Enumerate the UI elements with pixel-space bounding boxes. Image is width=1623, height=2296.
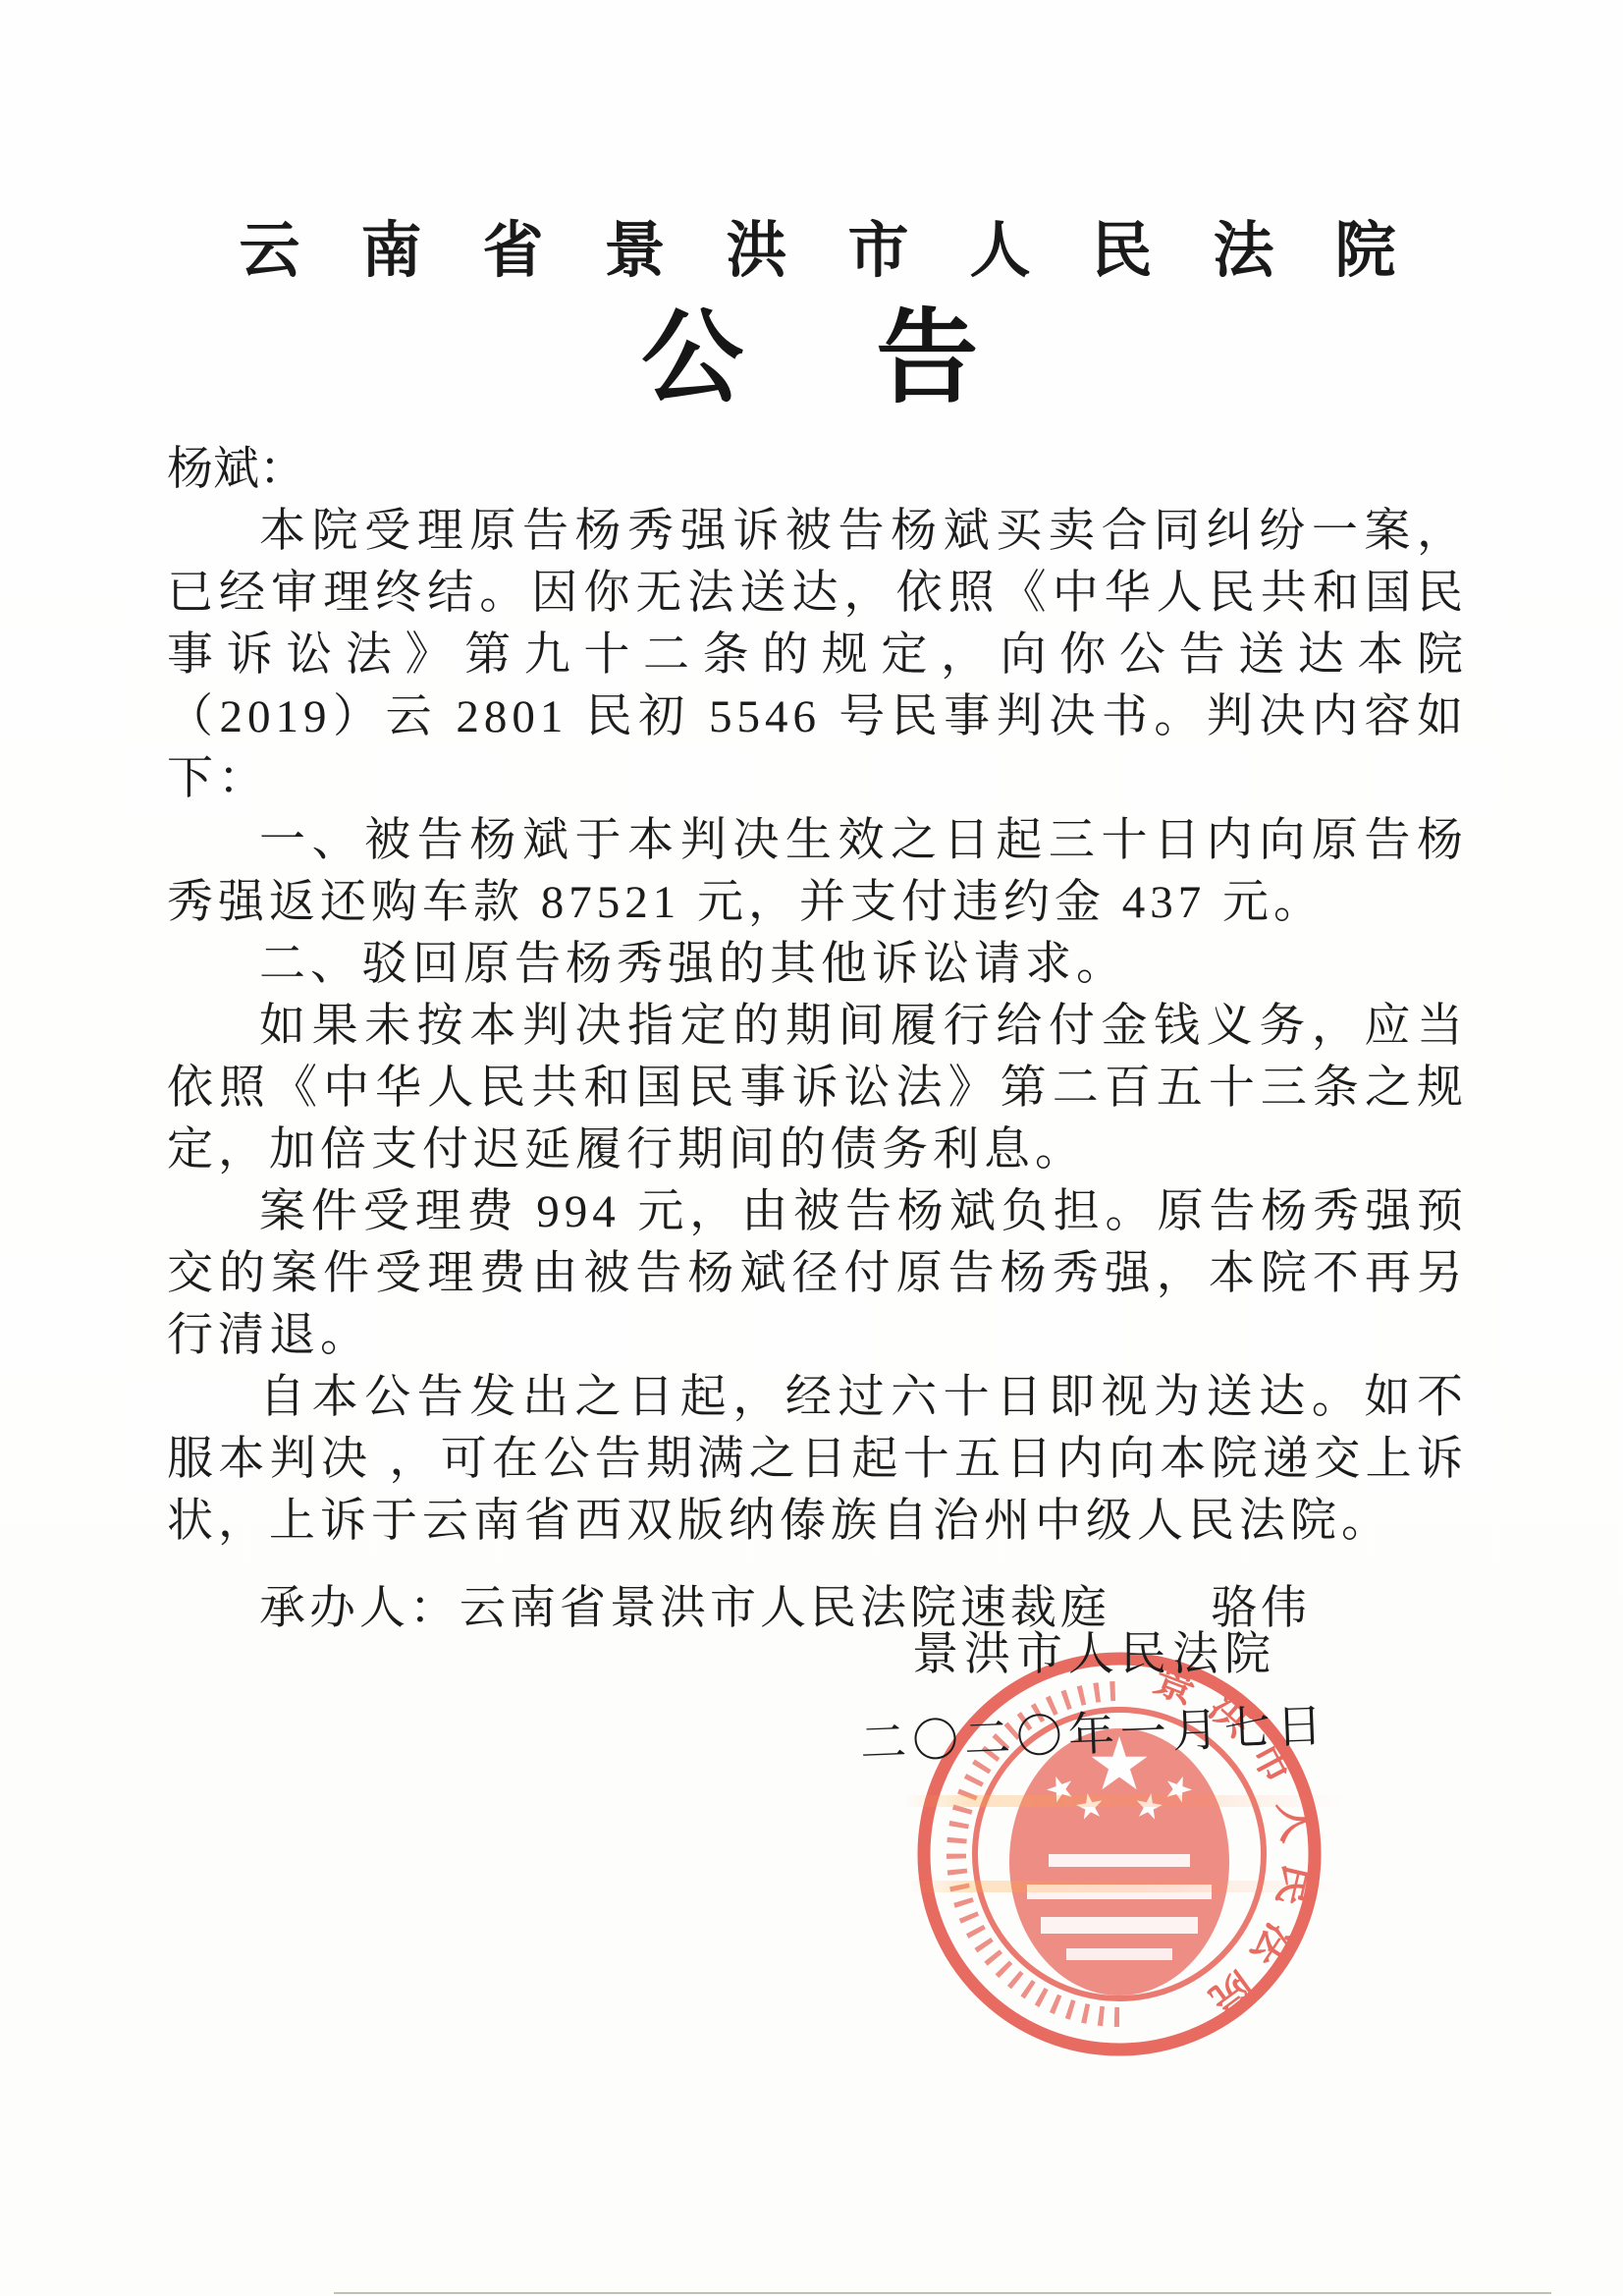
document-content: 云南省景洪市人民法院 公 告 杨斌： 本院受理原告杨秀强诉被告杨斌买卖合同纠纷一… (0, 0, 1623, 1640)
addressee-name: 杨斌： (167, 439, 1468, 501)
court-title: 云南省景洪市人民法院 (167, 201, 1468, 289)
signature-court-name: 景洪市人民法院 (860, 1625, 1328, 1684)
announcement-body: 本院受理原告杨秀强诉被告杨斌买卖合同纠纷一案，已经审理终结。因你无法送达，依照《… (167, 501, 1468, 1553)
paragraph-case-summary: 本院受理原告杨秀强诉被告杨斌买卖合同纠纷一案，已经审理终结。因你无法送达，依照《… (167, 501, 1468, 810)
announcement-title: 公 告 (167, 297, 1468, 421)
court-announcement-page: 云南省景洪市人民法院 公 告 杨斌： 本院受理原告杨秀强诉被告杨斌买卖合同纠纷一… (0, 0, 1623, 2296)
paragraph-judgment-item2: 二、驳回原告杨秀强的其他诉讼请求。 (167, 934, 1468, 996)
paragraph-court-fees: 案件受理费 994 元，由被告杨斌负担。原告杨秀强预交的案件受理费由被告杨斌径付… (167, 1181, 1468, 1367)
paragraph-judgment-item1: 一、被告杨斌于本判决生效之日起三十日内向原告杨秀强返还购车款 87521 元，并… (167, 810, 1468, 934)
national-emblem-icon (1009, 1728, 1229, 1995)
paragraph-appeal-notice: 自本公告发出之日起，经过六十日即视为送达。如不服本判决 ，可在公告期满之日起十五… (167, 1367, 1468, 1553)
signature-block: 景洪市人民法院 二〇二〇年一月七日 (860, 1625, 1328, 1765)
scan-edge-line (334, 2292, 1551, 2294)
signature-date: 二〇二〇年一月七日 (859, 1697, 1329, 1774)
paragraph-interest-clause: 如果未按本判决指定的期间履行给付金钱义务，应当依照《中华人民共和国民事诉讼法》第… (167, 996, 1468, 1181)
